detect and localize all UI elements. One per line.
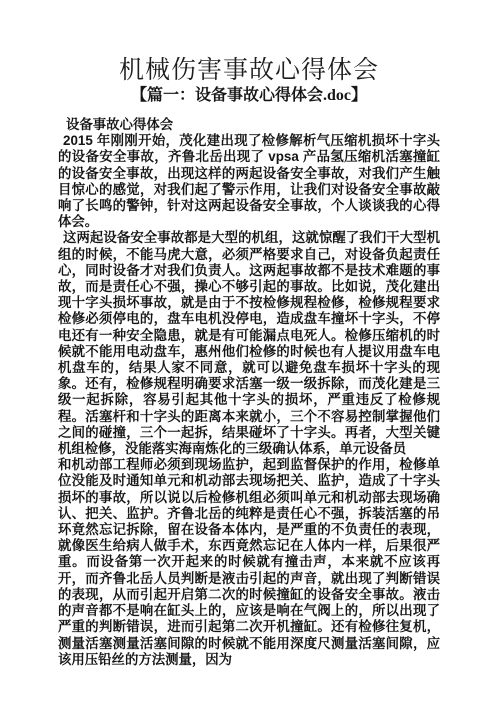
section-heading: 设备事故心得体会 bbox=[58, 117, 440, 133]
document-title: 机械伤害事故心得体会 bbox=[58, 56, 440, 85]
document-subtitle: 【篇一：设备事故心得体会.doc】 bbox=[58, 86, 440, 106]
paragraph-2: 这两起设备安全事故都是大型的机组，这就惊醒了我们干大型机组的时候，不能马虎大意，… bbox=[58, 230, 440, 457]
document-body: 设备事故心得体会 2015 年刚刚开始，茂化建出现了检修解析气压缩机损坏十字头的… bbox=[58, 117, 440, 668]
paragraph-3: 和机动部工程师必须到现场监护，起到监督保护的作用，检修单位没能及时通知单元和机动… bbox=[58, 457, 440, 668]
paragraph-1: 2015 年刚刚开始，茂化建出现了检修解析气压缩机损坏十字头的设备安全事故，齐鲁… bbox=[58, 133, 440, 230]
document-page: 机械伤害事故心得体会 【篇一：设备事故心得体会.doc】 设备事故心得体会 20… bbox=[0, 0, 500, 707]
